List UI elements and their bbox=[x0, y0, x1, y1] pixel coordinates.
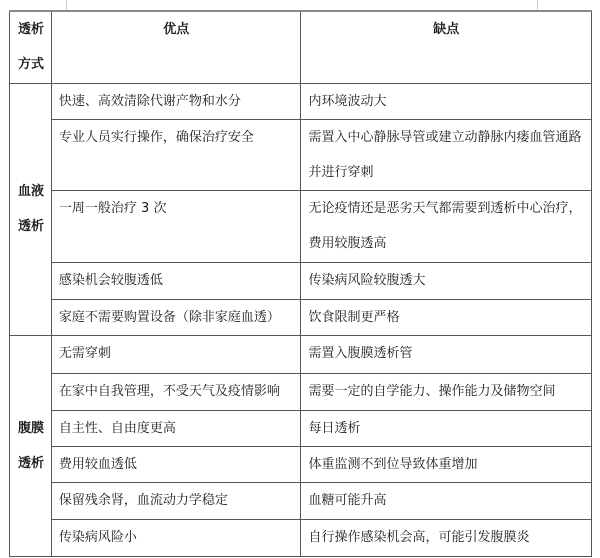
dialysis-comparison-table: 透析 方式 优点 缺点 血液 透析 快速、高效清除代谢产物和水分 内环境波动大 … bbox=[9, 10, 592, 557]
method-hemodialysis: 血液 透析 bbox=[10, 83, 52, 335]
pro-cell: 快速、高效清除代谢产物和水分 bbox=[51, 83, 301, 119]
table-row: 在家中自我管理，不受天气及疫情影响 需要一定的自学能力、操作能力及储物空间 bbox=[10, 373, 592, 410]
pro-cell: 在家中自我管理，不受天气及疫情影响 bbox=[51, 373, 301, 410]
con-cell: 传染病风险较腹透大 bbox=[301, 262, 592, 299]
page-margin-guide-left bbox=[66, 0, 67, 10]
table-row: 保留残余肾，血流动力学稳定 血糖可能升高 bbox=[10, 482, 592, 519]
table-row: 专业人员实行操作，确保治疗安全 需置入中心静脉导管或建立动静脉内瘘血管通路并进行… bbox=[10, 119, 592, 190]
con-cell: 体重监测不到位导致体重增加 bbox=[301, 446, 592, 482]
con-cell: 自行操作感染机会高，可能引发腹膜炎 bbox=[301, 519, 592, 556]
table-row: 家庭不需要购置设备（除非家庭血透） 饮食限制更严格 bbox=[10, 299, 592, 335]
method-peritoneal-line1: 腹膜 bbox=[18, 411, 51, 446]
pro-cell: 保留残余肾，血流动力学稳定 bbox=[51, 482, 301, 519]
method-hemodialysis-line1: 血液 bbox=[18, 174, 51, 209]
header-pros: 优点 bbox=[51, 11, 301, 83]
pro-cell: 一周一般治疗 3 次 bbox=[51, 190, 301, 262]
pro-cell: 无需穿刺 bbox=[51, 335, 301, 373]
table-row: 费用较血透低 体重监测不到位导致体重增加 bbox=[10, 446, 592, 482]
header-cons: 缺点 bbox=[301, 11, 592, 83]
table-row: 传染病风险小 自行操作感染机会高，可能引发腹膜炎 bbox=[10, 519, 592, 556]
con-cell: 内环境波动大 bbox=[301, 83, 592, 119]
table-row: 一周一般治疗 3 次 无论疫情还是恶劣天气都需要到透析中心治疗，费用较腹透高 bbox=[10, 190, 592, 262]
header-method-line2: 方式 bbox=[18, 47, 51, 82]
table-row: 腹膜 透析 无需穿刺 需置入腹膜透析管 bbox=[10, 335, 592, 373]
con-cell: 需置入腹膜透析管 bbox=[301, 335, 592, 373]
pro-cell: 家庭不需要购置设备（除非家庭血透） bbox=[51, 299, 301, 335]
con-cell: 需置入中心静脉导管或建立动静脉内瘘血管通路并进行穿刺 bbox=[301, 119, 592, 190]
page-margin-guide-right bbox=[537, 0, 538, 10]
pro-cell: 感染机会较腹透低 bbox=[51, 262, 301, 299]
pro-cell: 费用较血透低 bbox=[51, 446, 301, 482]
pro-cell: 自主性、自由度更高 bbox=[51, 410, 301, 446]
con-cell: 饮食限制更严格 bbox=[301, 299, 592, 335]
method-peritoneal-line2: 透析 bbox=[18, 446, 51, 481]
method-hemodialysis-line2: 透析 bbox=[18, 209, 51, 244]
header-method: 透析 方式 bbox=[10, 11, 52, 83]
con-cell: 无论疫情还是恶劣天气都需要到透析中心治疗，费用较腹透高 bbox=[301, 190, 592, 262]
con-cell: 每日透析 bbox=[301, 410, 592, 446]
header-method-line1: 透析 bbox=[18, 12, 51, 47]
table-row: 血液 透析 快速、高效清除代谢产物和水分 内环境波动大 bbox=[10, 83, 592, 119]
header-row: 透析 方式 优点 缺点 bbox=[10, 11, 592, 83]
table-row: 感染机会较腹透低 传染病风险较腹透大 bbox=[10, 262, 592, 299]
con-cell: 血糖可能升高 bbox=[301, 482, 592, 519]
pro-cell: 专业人员实行操作，确保治疗安全 bbox=[51, 119, 301, 190]
table-row: 自主性、自由度更高 每日透析 bbox=[10, 410, 592, 446]
con-cell: 需要一定的自学能力、操作能力及储物空间 bbox=[301, 373, 592, 410]
method-peritoneal-dialysis: 腹膜 透析 bbox=[10, 335, 52, 556]
pro-cell: 传染病风险小 bbox=[51, 519, 301, 556]
